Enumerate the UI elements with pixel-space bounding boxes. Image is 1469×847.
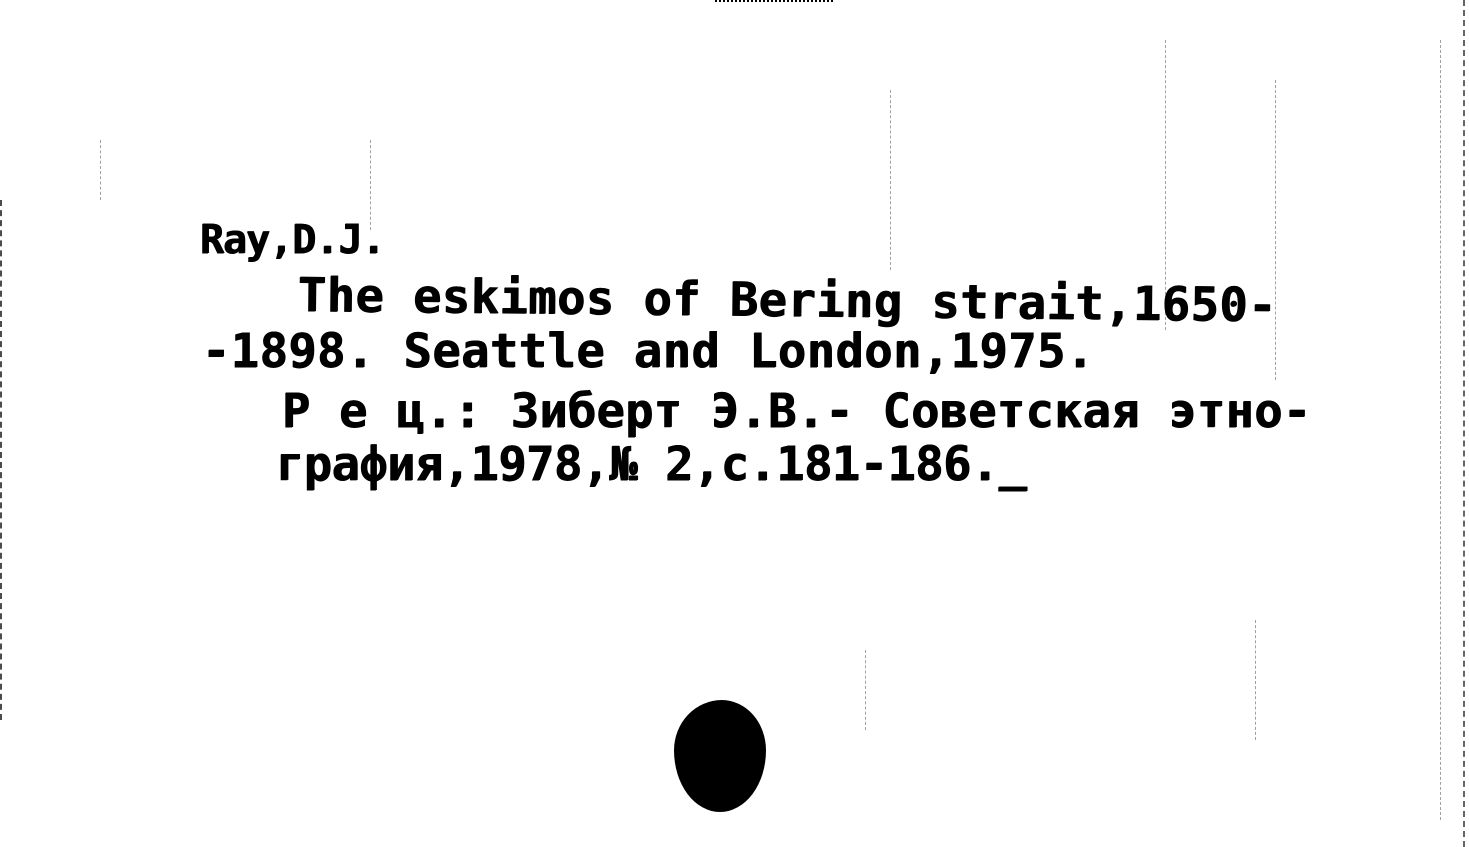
scan-artifact-line <box>890 90 892 270</box>
scan-artifact-line <box>865 650 867 730</box>
left-edge-noise <box>0 200 4 720</box>
scan-artifact-line <box>1440 40 1442 820</box>
right-edge-noise <box>1463 0 1467 847</box>
card-review-line-2: графия,1978,№ 2,с.181-186._ <box>276 441 1027 488</box>
card-review-line-1: Р е ц.: Зиберт Э.В.- Советская этно- <box>282 388 1311 435</box>
card-author: Ray,D.J. <box>200 220 385 260</box>
punch-hole <box>674 700 766 812</box>
top-edge-mark <box>715 0 833 4</box>
card-title-line-1: The eskimos of Bering strait,1650- <box>298 272 1278 329</box>
scan-artifact-line <box>1255 620 1257 740</box>
card-title-line-2: -1898. Seattle and London,1975. <box>202 328 1095 375</box>
scan-artifact-line <box>1275 80 1277 380</box>
scan-artifact-line <box>100 140 102 200</box>
catalog-card: Ray,D.J. The eskimos of Bering strait,16… <box>0 0 1469 847</box>
